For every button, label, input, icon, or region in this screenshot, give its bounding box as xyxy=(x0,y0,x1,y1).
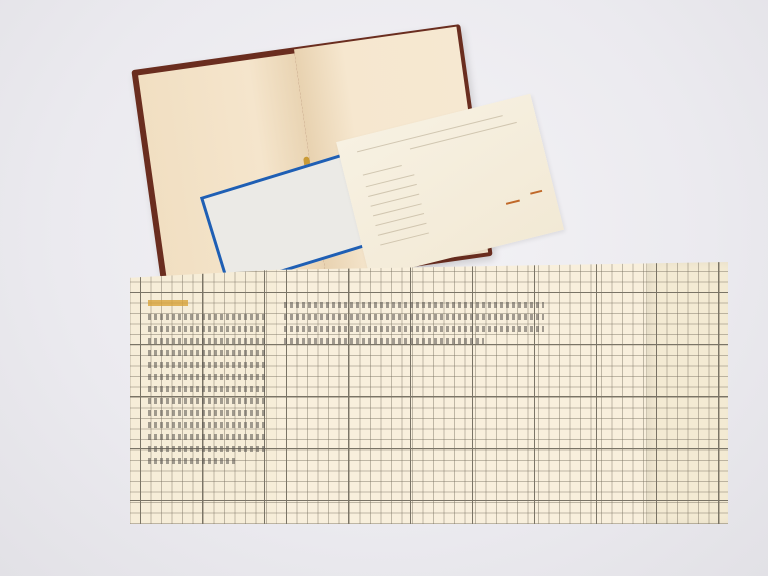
pencil-entries xyxy=(284,326,544,332)
pencil-entries xyxy=(148,398,266,404)
ledger-panel-left xyxy=(130,262,276,524)
pencil-entries xyxy=(148,458,238,464)
pencil-entries xyxy=(148,338,266,344)
grid-ledger xyxy=(130,262,728,524)
pencil-entries xyxy=(148,410,266,416)
pencil-entries xyxy=(148,314,266,320)
pencil-entries xyxy=(148,446,266,452)
pencil-entries xyxy=(148,422,266,428)
pencil-entries xyxy=(148,374,266,380)
handwriting-line xyxy=(410,122,517,150)
highlight-mark xyxy=(148,300,188,306)
rust-mark xyxy=(506,200,520,205)
pencil-entries xyxy=(284,338,484,344)
pencil-entries xyxy=(284,314,544,320)
ledger-panel-right-fold xyxy=(646,262,728,524)
ledger-panel-middle xyxy=(276,262,646,524)
pencil-entries xyxy=(148,362,266,368)
handwriting-line xyxy=(363,165,402,176)
pencil-entries xyxy=(284,302,544,308)
pencil-entries xyxy=(148,350,266,356)
pencil-entries xyxy=(148,434,266,440)
handwriting-line xyxy=(380,232,429,245)
pencil-entries xyxy=(148,326,266,332)
rust-mark xyxy=(530,190,542,195)
pencil-entries xyxy=(148,386,266,392)
scene-caption: Photograph of historical paper records o… xyxy=(0,0,1,1)
